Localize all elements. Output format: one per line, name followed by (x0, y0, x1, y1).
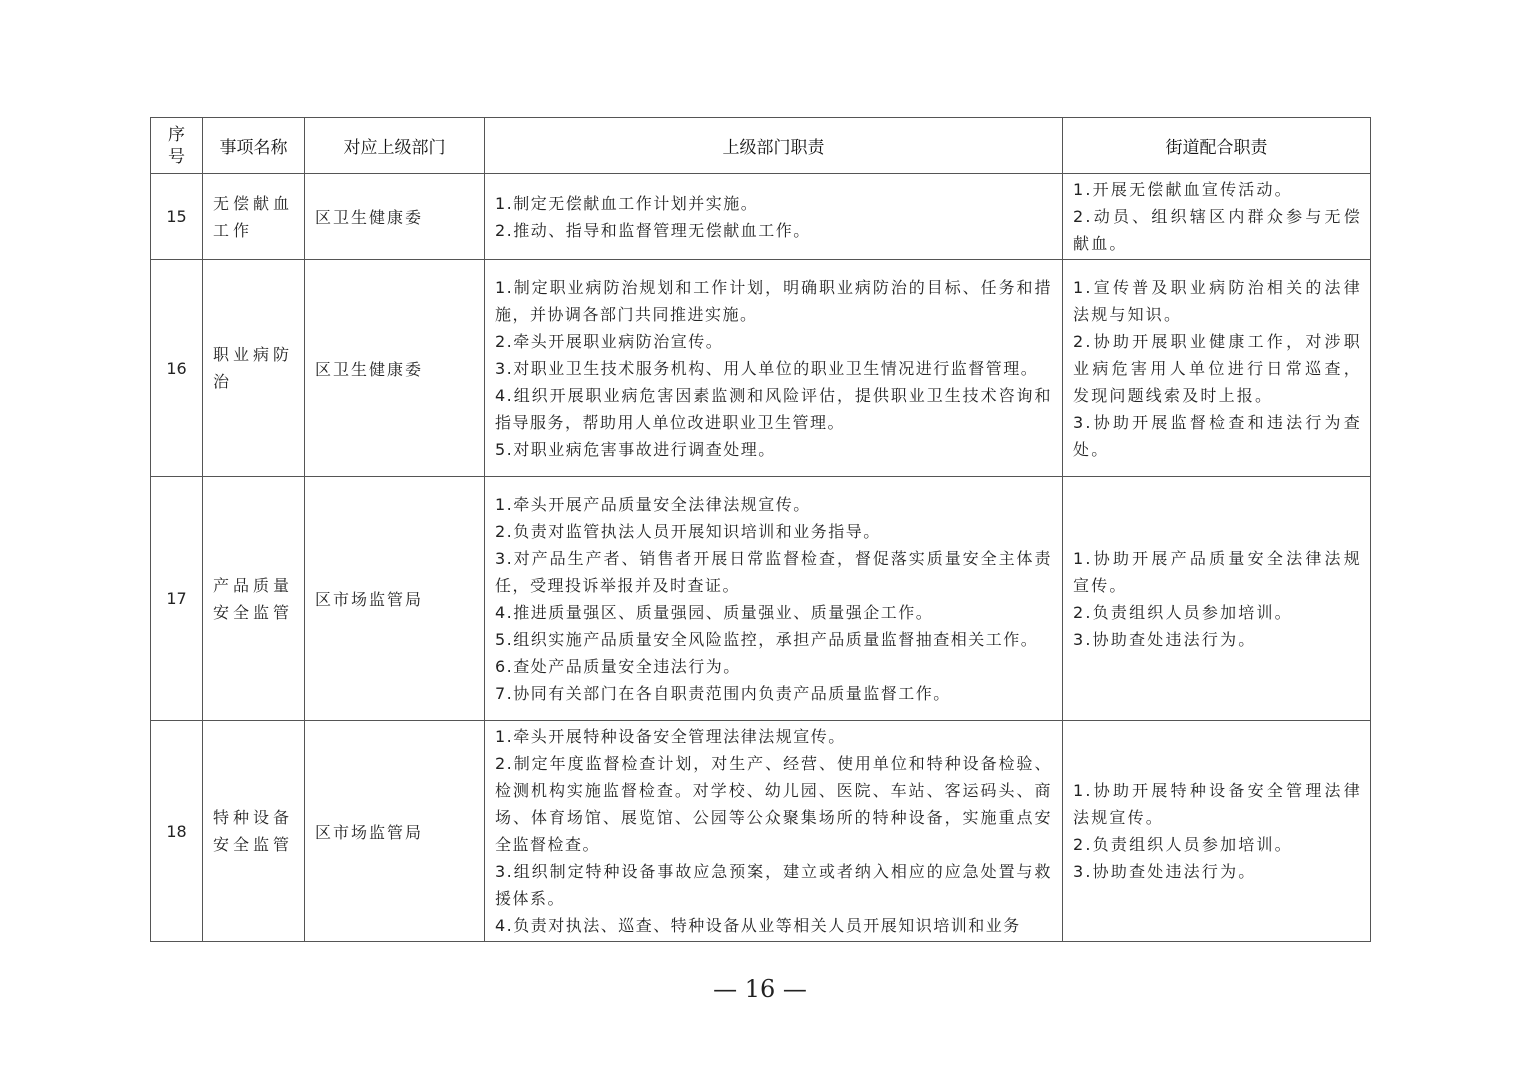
duty-item: 1.开展无偿献血宣传活动。 (1073, 176, 1362, 203)
row-dept: 区卫生健康委 (305, 174, 485, 260)
row-upper-duties: 1.制定职业病防治规划和工作计划，明确职业病防治的目标、任务和措施，并协调各部门… (485, 260, 1063, 477)
table-row: 15 无偿献血工作 区卫生健康委 1.制定无偿献血工作计划并实施。 2.推动、指… (151, 174, 1371, 260)
row-item-name: 职业病防治 (203, 260, 305, 477)
row-seq: 17 (151, 477, 203, 721)
duty-item: 4.负责对执法、巡查、特种设备从业等相关人员开展知识培训和业务 (495, 912, 1052, 939)
duty-item: 2.负责对监管执法人员开展知识培训和业务指导。 (495, 518, 1052, 545)
header-dept: 对应上级部门 (305, 118, 485, 174)
duty-item: 3.协助开展监督检查和违法行为查处。 (1073, 409, 1362, 463)
duty-item: 3.协助查处违法行为。 (1073, 626, 1362, 653)
row-item-name: 特种设备安全监管 (203, 721, 305, 942)
table-row: 17 产品质量安全监管 区市场监管局 1.牵头开展产品质量安全法律法规宣传。 2… (151, 477, 1371, 721)
row-item-name: 无偿献血工作 (203, 174, 305, 260)
header-item-name: 事项名称 (203, 118, 305, 174)
duty-item: 7.协同有关部门在各自职责范围内负责产品质量监督工作。 (495, 680, 1052, 707)
duty-item: 3.对产品生产者、销售者开展日常监督检查，督促落实质量安全主体责任，受理投诉举报… (495, 545, 1052, 599)
duty-item: 2.推动、指导和监督管理无偿献血工作。 (495, 217, 1052, 244)
duty-item: 2.牵头开展职业病防治宣传。 (495, 328, 1052, 355)
duty-item: 1.宣传普及职业病防治相关的法律法规与知识。 (1073, 274, 1362, 328)
row-upper-duties: 1.制定无偿献血工作计划并实施。 2.推动、指导和监督管理无偿献血工作。 (485, 174, 1063, 260)
duty-item: 6.查处产品质量安全违法行为。 (495, 653, 1052, 680)
row-street-duties: 1.开展无偿献血宣传活动。 2.动员、组织辖区内群众参与无偿献血。 (1063, 174, 1371, 260)
duty-table: 序号 事项名称 对应上级部门 上级部门职责 街道配合职责 15 无偿献血工作 区… (150, 117, 1371, 942)
duty-item: 2.负责组织人员参加培训。 (1073, 831, 1362, 858)
duty-item: 1.制定无偿献血工作计划并实施。 (495, 190, 1052, 217)
table-row: 18 特种设备安全监管 区市场监管局 1.牵头开展特种设备安全管理法律法规宣传。… (151, 721, 1371, 942)
row-seq: 18 (151, 721, 203, 942)
duty-item: 2.动员、组织辖区内群众参与无偿献血。 (1073, 203, 1362, 257)
duty-item: 1.牵头开展特种设备安全管理法律法规宣传。 (495, 723, 1052, 750)
row-item-name: 产品质量安全监管 (203, 477, 305, 721)
row-street-duties: 1.协助开展特种设备安全管理法律法规宣传。 2.负责组织人员参加培训。 3.协助… (1063, 721, 1371, 942)
duty-item: 1.牵头开展产品质量安全法律法规宣传。 (495, 491, 1052, 518)
header-seq: 序号 (151, 118, 203, 174)
duty-item: 3.组织制定特种设备事故应急预案，建立或者纳入相应的应急处置与救援体系。 (495, 858, 1052, 912)
table-row: 16 职业病防治 区卫生健康委 1.制定职业病防治规划和工作计划，明确职业病防治… (151, 260, 1371, 477)
duty-item: 2.负责组织人员参加培训。 (1073, 599, 1362, 626)
row-dept: 区市场监管局 (305, 721, 485, 942)
duty-item: 4.推进质量强区、质量强园、质量强业、质量强企工作。 (495, 599, 1052, 626)
duty-item: 1.协助开展特种设备安全管理法律法规宣传。 (1073, 777, 1362, 831)
duty-item: 1.制定职业病防治规划和工作计划，明确职业病防治的目标、任务和措施，并协调各部门… (495, 274, 1052, 328)
row-upper-duties: 1.牵头开展产品质量安全法律法规宣传。 2.负责对监管执法人员开展知识培训和业务… (485, 477, 1063, 721)
duty-item: 1.协助开展产品质量安全法律法规宣传。 (1073, 545, 1362, 599)
duty-item: 5.对职业病危害事故进行调查处理。 (495, 436, 1052, 463)
row-seq: 15 (151, 174, 203, 260)
header-street-duties: 街道配合职责 (1063, 118, 1371, 174)
table-header-row: 序号 事项名称 对应上级部门 上级部门职责 街道配合职责 (151, 118, 1371, 174)
row-dept: 区市场监管局 (305, 477, 485, 721)
page-number: — 16 — (0, 975, 1520, 1003)
duty-item: 3.对职业卫生技术服务机构、用人单位的职业卫生情况进行监督管理。 (495, 355, 1052, 382)
duty-item: 3.协助查处违法行为。 (1073, 858, 1362, 885)
duty-item: 4.组织开展职业病危害因素监测和风险评估，提供职业卫生技术咨询和指导服务，帮助用… (495, 382, 1052, 436)
row-seq: 16 (151, 260, 203, 477)
duty-item: 2.协助开展职业健康工作，对涉职业病危害用人单位进行日常巡查，发现问题线索及时上… (1073, 328, 1362, 409)
row-dept: 区卫生健康委 (305, 260, 485, 477)
duty-item: 2.制定年度监督检查计划，对生产、经营、使用单位和特种设备检验、检测机构实施监督… (495, 750, 1052, 858)
header-upper-duties: 上级部门职责 (485, 118, 1063, 174)
row-upper-duties: 1.牵头开展特种设备安全管理法律法规宣传。 2.制定年度监督检查计划，对生产、经… (485, 721, 1063, 942)
row-street-duties: 1.宣传普及职业病防治相关的法律法规与知识。 2.协助开展职业健康工作，对涉职业… (1063, 260, 1371, 477)
duty-item: 5.组织实施产品质量安全风险监控，承担产品质量监督抽查相关工作。 (495, 626, 1052, 653)
row-street-duties: 1.协助开展产品质量安全法律法规宣传。 2.负责组织人员参加培训。 3.协助查处… (1063, 477, 1371, 721)
